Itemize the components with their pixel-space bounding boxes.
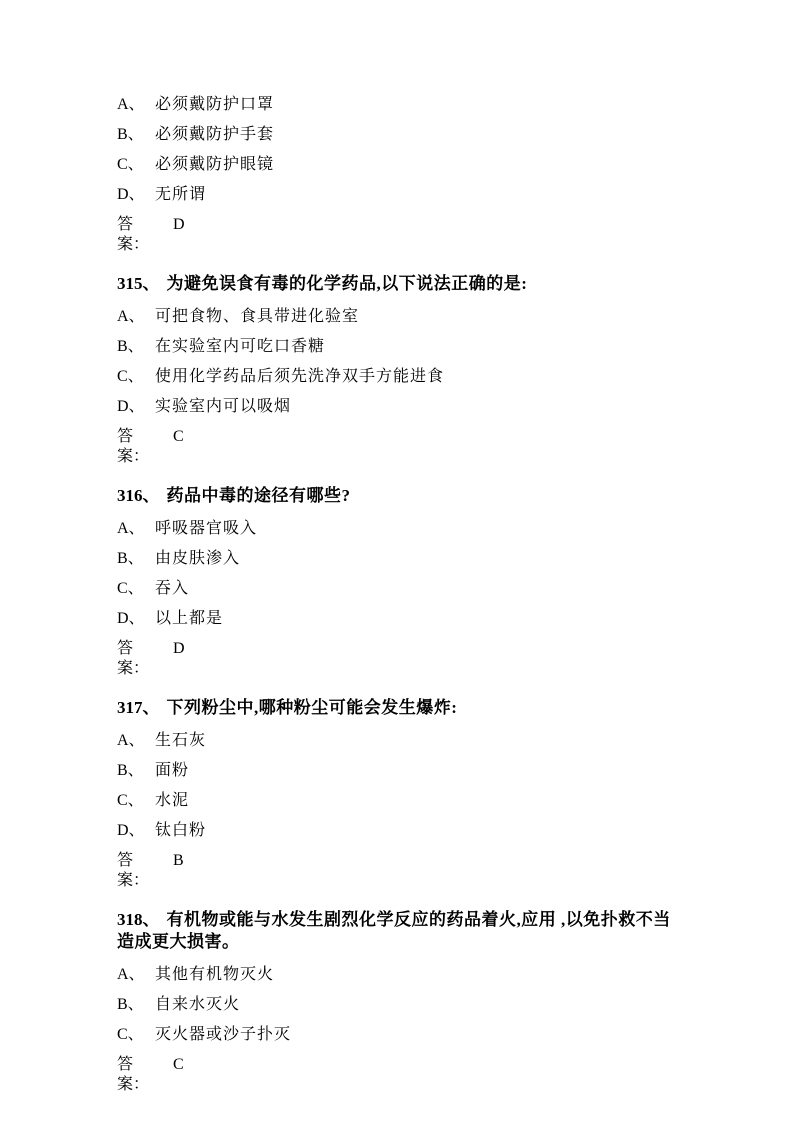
- option-line: D、 钛白粉: [117, 821, 683, 841]
- option-text: 必须戴防护眼镜: [155, 155, 274, 175]
- answer-value: D: [163, 215, 186, 235]
- option-line: A、 可把食物、食具带进化验室: [117, 307, 683, 327]
- question-number: 316、: [117, 486, 167, 505]
- option-label: B、: [117, 549, 155, 569]
- option-line: B、 必须戴防护手套: [117, 125, 683, 145]
- option-label: D、: [117, 397, 155, 417]
- question-text: 药品中毒的途径有哪些?: [167, 486, 351, 505]
- option-line: B、 在实验室内可吃口香糖: [117, 337, 683, 357]
- option-text: 灭火器或沙子扑灭: [155, 1025, 291, 1045]
- option-line: A、 必须戴防护口罩: [117, 95, 683, 115]
- option-text: 以上都是: [155, 609, 223, 629]
- option-label: A、: [117, 95, 155, 115]
- option-line: C、 使用化学药品后须先洗净双手方能进食: [117, 367, 683, 387]
- option-text: 水泥: [155, 791, 189, 811]
- option-text: 呼吸器官吸入: [155, 519, 257, 539]
- option-line: C、 必须戴防护眼镜: [117, 155, 683, 175]
- option-line: D、 以上都是: [117, 609, 683, 629]
- question-text: 有机物或能与水发生剧烈化学反应的药品着火,应用 ,以免扑救不当造成更大损害。: [117, 910, 671, 951]
- answer-value: C: [163, 427, 185, 447]
- option-label: A、: [117, 965, 155, 985]
- option-line: B、 面粉: [117, 761, 683, 781]
- option-label: B、: [117, 125, 155, 145]
- option-line: D、 无所谓: [117, 185, 683, 205]
- answer-label: 答案：: [117, 427, 163, 467]
- option-text: 吞入: [155, 579, 189, 599]
- answer-label: 答案：: [117, 639, 163, 679]
- option-line: C、 吞入: [117, 579, 683, 599]
- option-label: C、: [117, 155, 155, 175]
- option-text: 由皮肤渗入: [155, 549, 240, 569]
- document-page: A、 必须戴防护口罩 B、 必须戴防护手套 C、 必须戴防护眼镜 D、 无所谓 …: [0, 0, 793, 1122]
- question-number: 317、: [117, 698, 167, 717]
- option-label: D、: [117, 821, 155, 841]
- option-label: A、: [117, 731, 155, 751]
- answer-line: 答案： C: [117, 1055, 683, 1095]
- answer-line: 答案： C: [117, 427, 683, 467]
- option-text: 钛白粉: [155, 821, 206, 841]
- answer-line: 答案： D: [117, 215, 683, 255]
- option-label: B、: [117, 761, 155, 781]
- option-line: D、 实验室内可以吸烟: [117, 397, 683, 417]
- question-number: 318、: [117, 910, 167, 929]
- question-block: 315、为避免误食有毒的化学药品,以下说法正确的是: A、 可把食物、食具带进化…: [117, 273, 683, 467]
- option-text: 实验室内可以吸烟: [155, 397, 291, 417]
- option-label: B、: [117, 337, 155, 357]
- carryover-question-block: A、 必须戴防护口罩 B、 必须戴防护手套 C、 必须戴防护眼镜 D、 无所谓 …: [117, 95, 683, 255]
- option-text: 在实验室内可吃口香糖: [155, 337, 325, 357]
- question-heading: 315、为避免误食有毒的化学药品,以下说法正确的是:: [117, 273, 683, 295]
- option-text: 面粉: [155, 761, 189, 781]
- answer-line: 答案： B: [117, 851, 683, 891]
- answer-label: 答案：: [117, 215, 163, 255]
- question-heading: 318、有机物或能与水发生剧烈化学反应的药品着火,应用 ,以免扑救不当造成更大损…: [117, 909, 683, 953]
- option-line: C、 灭火器或沙子扑灭: [117, 1025, 683, 1045]
- question-text: 下列粉尘中,哪种粉尘可能会发生爆炸:: [167, 698, 458, 717]
- option-label: D、: [117, 609, 155, 629]
- option-label: C、: [117, 1025, 155, 1045]
- question-block: 318、有机物或能与水发生剧烈化学反应的药品着火,应用 ,以免扑救不当造成更大损…: [117, 909, 683, 1095]
- answer-value: C: [163, 1055, 185, 1075]
- option-label: A、: [117, 307, 155, 327]
- question-block: 316、药品中毒的途径有哪些? A、 呼吸器官吸入 B、 由皮肤渗入 C、 吞入…: [117, 485, 683, 679]
- option-label: A、: [117, 519, 155, 539]
- option-line: B、 自来水灭火: [117, 995, 683, 1015]
- option-label: C、: [117, 579, 155, 599]
- option-label: B、: [117, 995, 155, 1015]
- option-text: 使用化学药品后须先洗净双手方能进食: [155, 367, 444, 387]
- option-text: 自来水灭火: [155, 995, 240, 1015]
- option-line: A、 呼吸器官吸入: [117, 519, 683, 539]
- option-text: 必须戴防护手套: [155, 125, 274, 145]
- question-heading: 316、药品中毒的途径有哪些?: [117, 485, 683, 507]
- answer-value: B: [163, 851, 185, 871]
- question-heading: 317、下列粉尘中,哪种粉尘可能会发生爆炸:: [117, 697, 683, 719]
- answer-value: D: [163, 639, 186, 659]
- option-text: 无所谓: [155, 185, 206, 205]
- option-text: 生石灰: [155, 731, 206, 751]
- option-line: A、 其他有机物灭火: [117, 965, 683, 985]
- option-line: B、 由皮肤渗入: [117, 549, 683, 569]
- answer-label: 答案：: [117, 851, 163, 891]
- option-label: C、: [117, 791, 155, 811]
- option-label: D、: [117, 185, 155, 205]
- answer-line: 答案： D: [117, 639, 683, 679]
- option-text: 可把食物、食具带进化验室: [155, 307, 359, 327]
- answer-label: 答案：: [117, 1055, 163, 1095]
- question-text: 为避免误食有毒的化学药品,以下说法正确的是:: [167, 274, 528, 293]
- question-block: 317、下列粉尘中,哪种粉尘可能会发生爆炸: A、 生石灰 B、 面粉 C、 水…: [117, 697, 683, 891]
- option-line: C、 水泥: [117, 791, 683, 811]
- option-text: 其他有机物灭火: [155, 965, 274, 985]
- option-text: 必须戴防护口罩: [155, 95, 274, 115]
- option-line: A、 生石灰: [117, 731, 683, 751]
- option-label: C、: [117, 367, 155, 387]
- question-number: 315、: [117, 274, 167, 293]
